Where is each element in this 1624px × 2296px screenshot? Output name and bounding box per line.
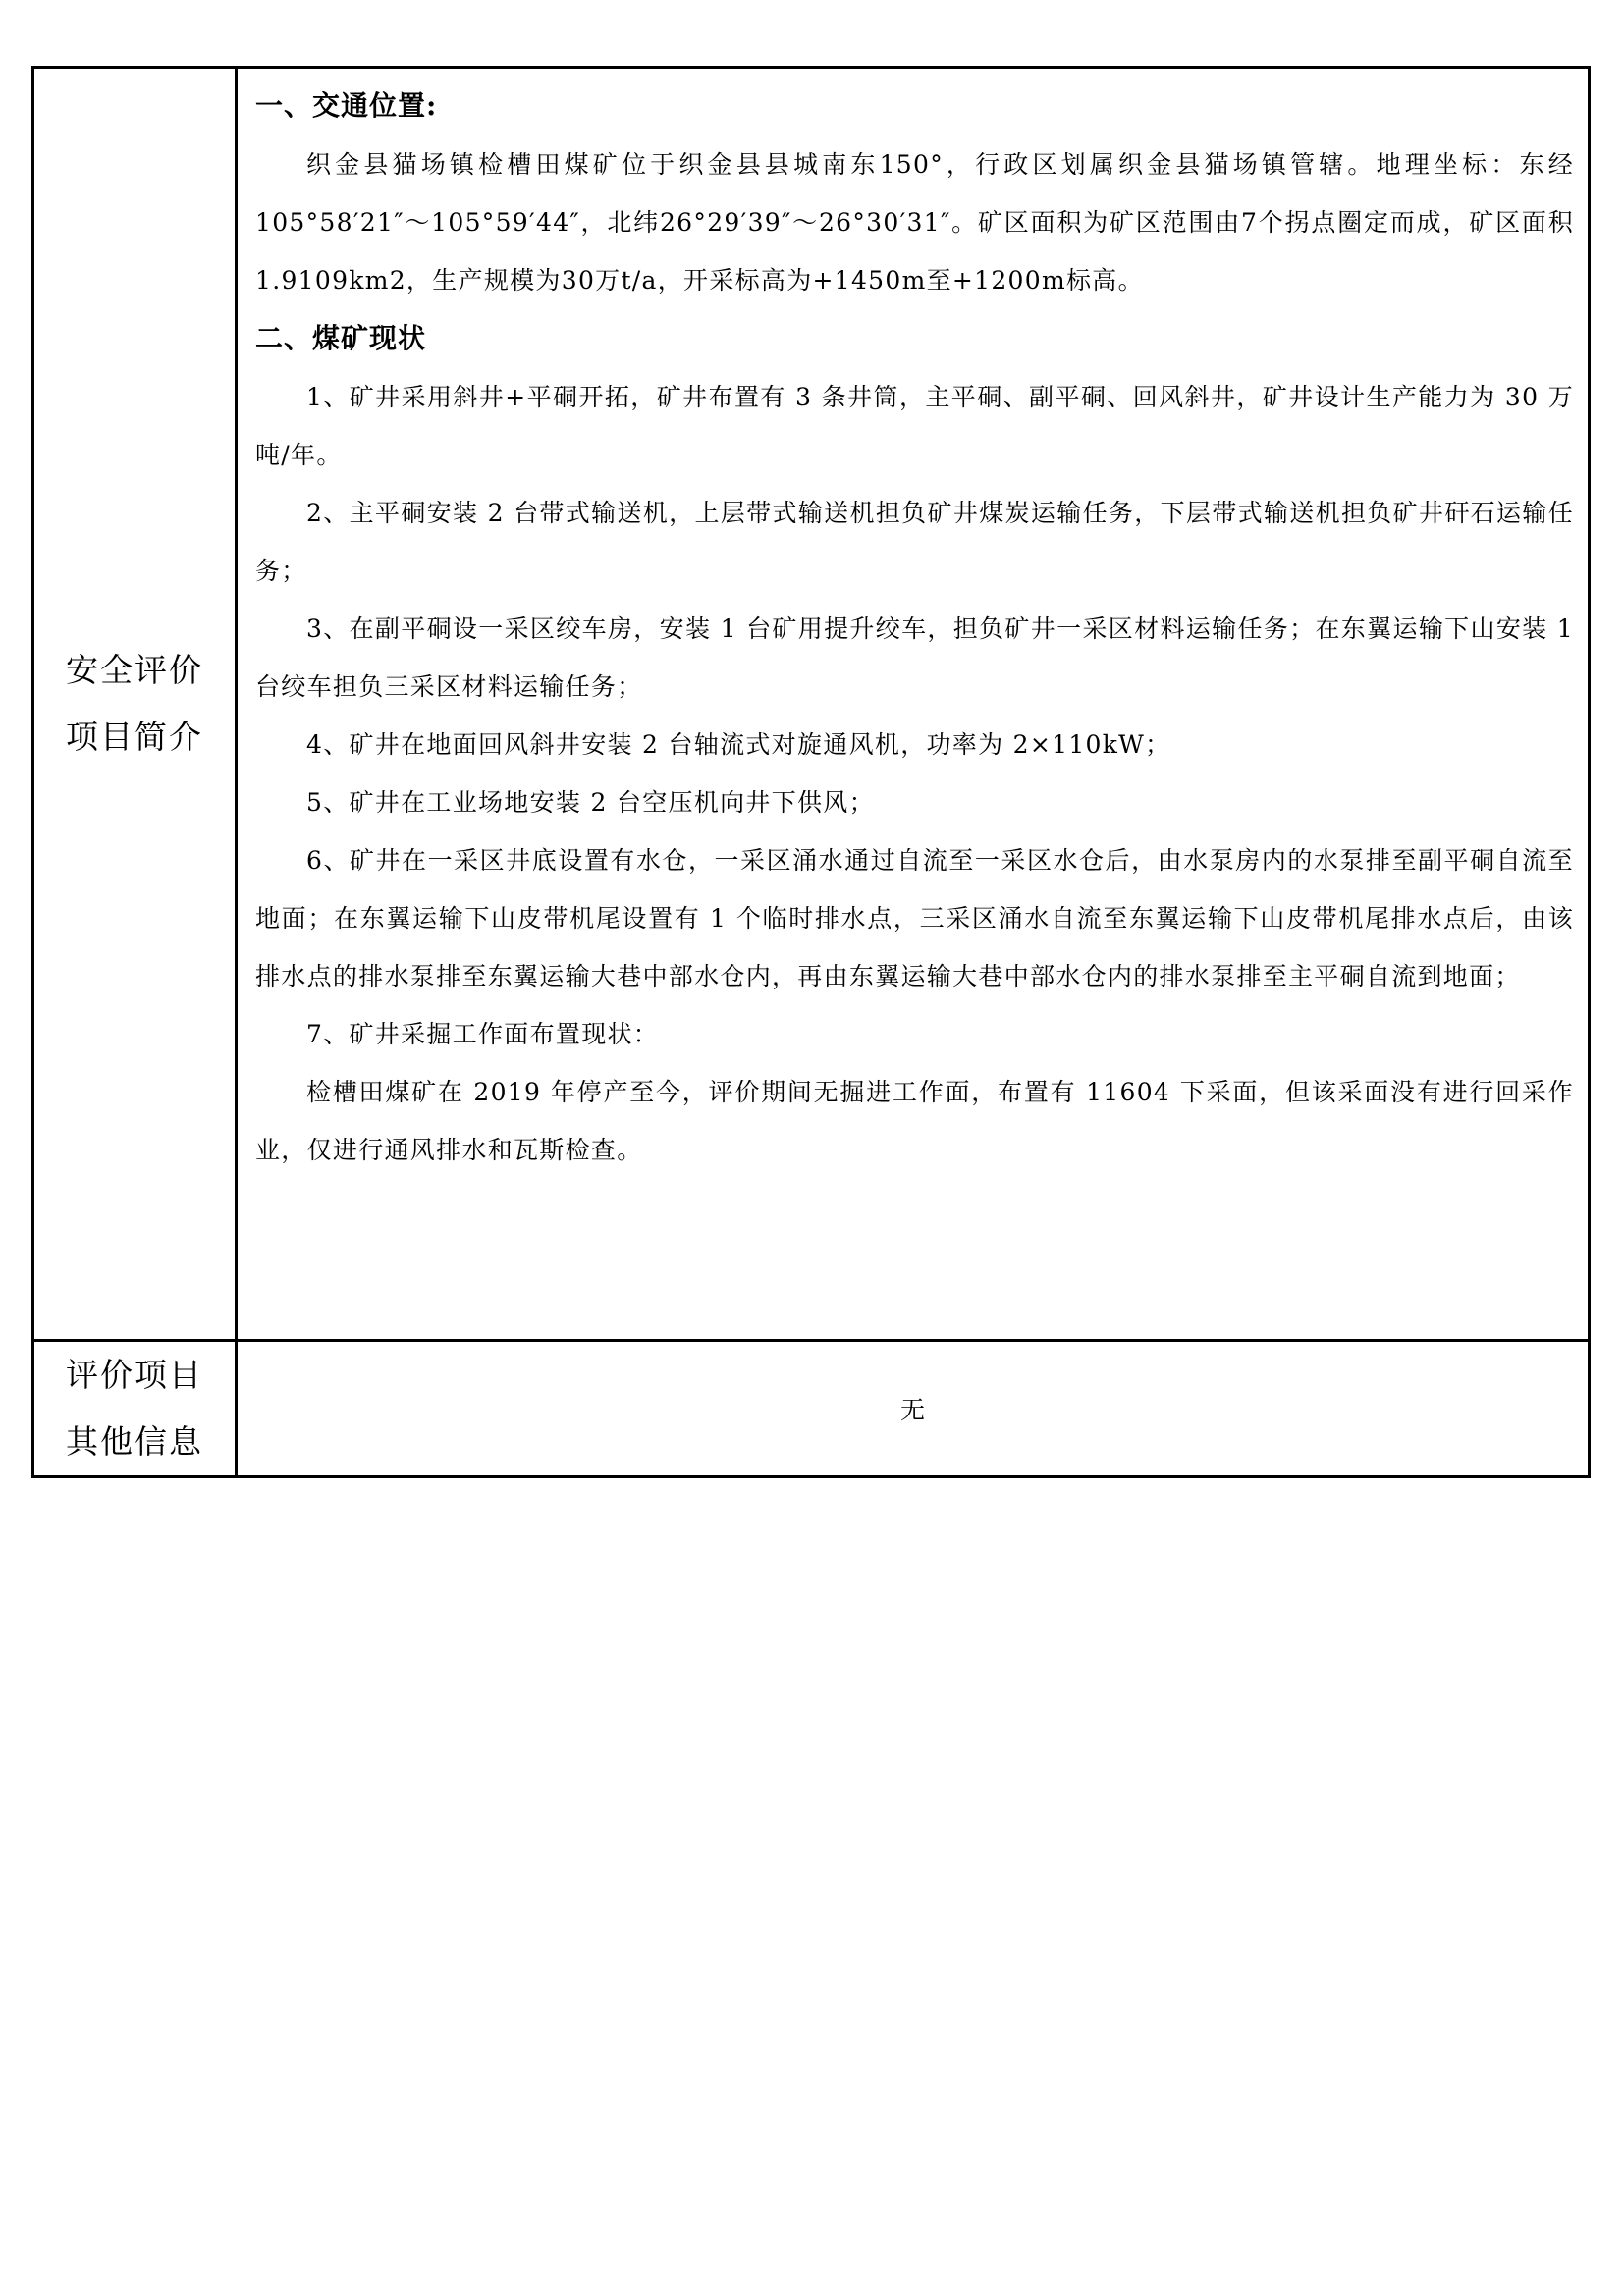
row-label-line: 其他信息 (34, 1409, 235, 1475)
paragraph-status-1: 1、矿井采用斜井+平硐开拓，矿井布置有 3 条井筒，主平硐、副平硐、回风斜井，矿… (255, 368, 1574, 484)
paragraph-status-2: 2、主平硐安装 2 台带式输送机，上层带式输送机担负矿井煤炭运输任务，下层带式输… (255, 484, 1574, 600)
row-label-line: 项目简介 (34, 704, 235, 771)
table-row-project-summary: 安全评价 项目简介 一、交通位置: 织金县猫场镇检槽田煤矿位于织金县县城南东15… (33, 68, 1590, 1341)
section-heading-traffic-location: 一、交通位置: (255, 77, 1574, 135)
table-row-other-info: 评价项目 其他信息 无 (33, 1341, 1590, 1477)
row-label-cell: 评价项目 其他信息 (33, 1341, 237, 1477)
paragraph-status-7: 7、矿井采掘工作面布置现状： (255, 1005, 1574, 1063)
project-summary-content: 一、交通位置: 织金县猫场镇检槽田煤矿位于织金县县城南东150°，行政区划属织金… (237, 68, 1590, 1341)
paragraph-status-6: 6、矿井在一采区井底设置有水仓，一采区涌水通过自流至一采区水仓后，由水泵房内的水… (255, 831, 1574, 1005)
paragraph-status-7-detail: 检槽田煤矿在 2019 年停产至今，评价期间无掘进工作面，布置有 11604 下… (255, 1063, 1574, 1179)
paragraph-status-4: 4、矿井在地面回风斜井安装 2 台轴流式对旋通风机，功率为 2×110kW； (255, 716, 1574, 774)
section-heading-mine-status: 二、煤矿现状 (255, 309, 1574, 368)
row-label-line: 安全评价 (34, 637, 235, 704)
project-info-table: 安全评价 项目简介 一、交通位置: 织金县猫场镇检槽田煤矿位于织金县县城南东15… (31, 66, 1591, 1478)
paragraph-status-5: 5、矿井在工业场地安装 2 台空压机向井下供风； (255, 774, 1574, 831)
row-label-line: 评价项目 (34, 1342, 235, 1409)
other-info-value: 无 (237, 1341, 1590, 1477)
paragraph-status-3: 3、在副平硐设一采区绞车房，安装 1 台矿用提升绞车，担负矿井一采区材料运输任务… (255, 600, 1574, 716)
paragraph-location: 织金县猫场镇检槽田煤矿位于织金县县城南东150°，行政区划属织金县猫场镇管辖。地… (255, 135, 1574, 309)
row-label-cell: 安全评价 项目简介 (33, 68, 237, 1341)
